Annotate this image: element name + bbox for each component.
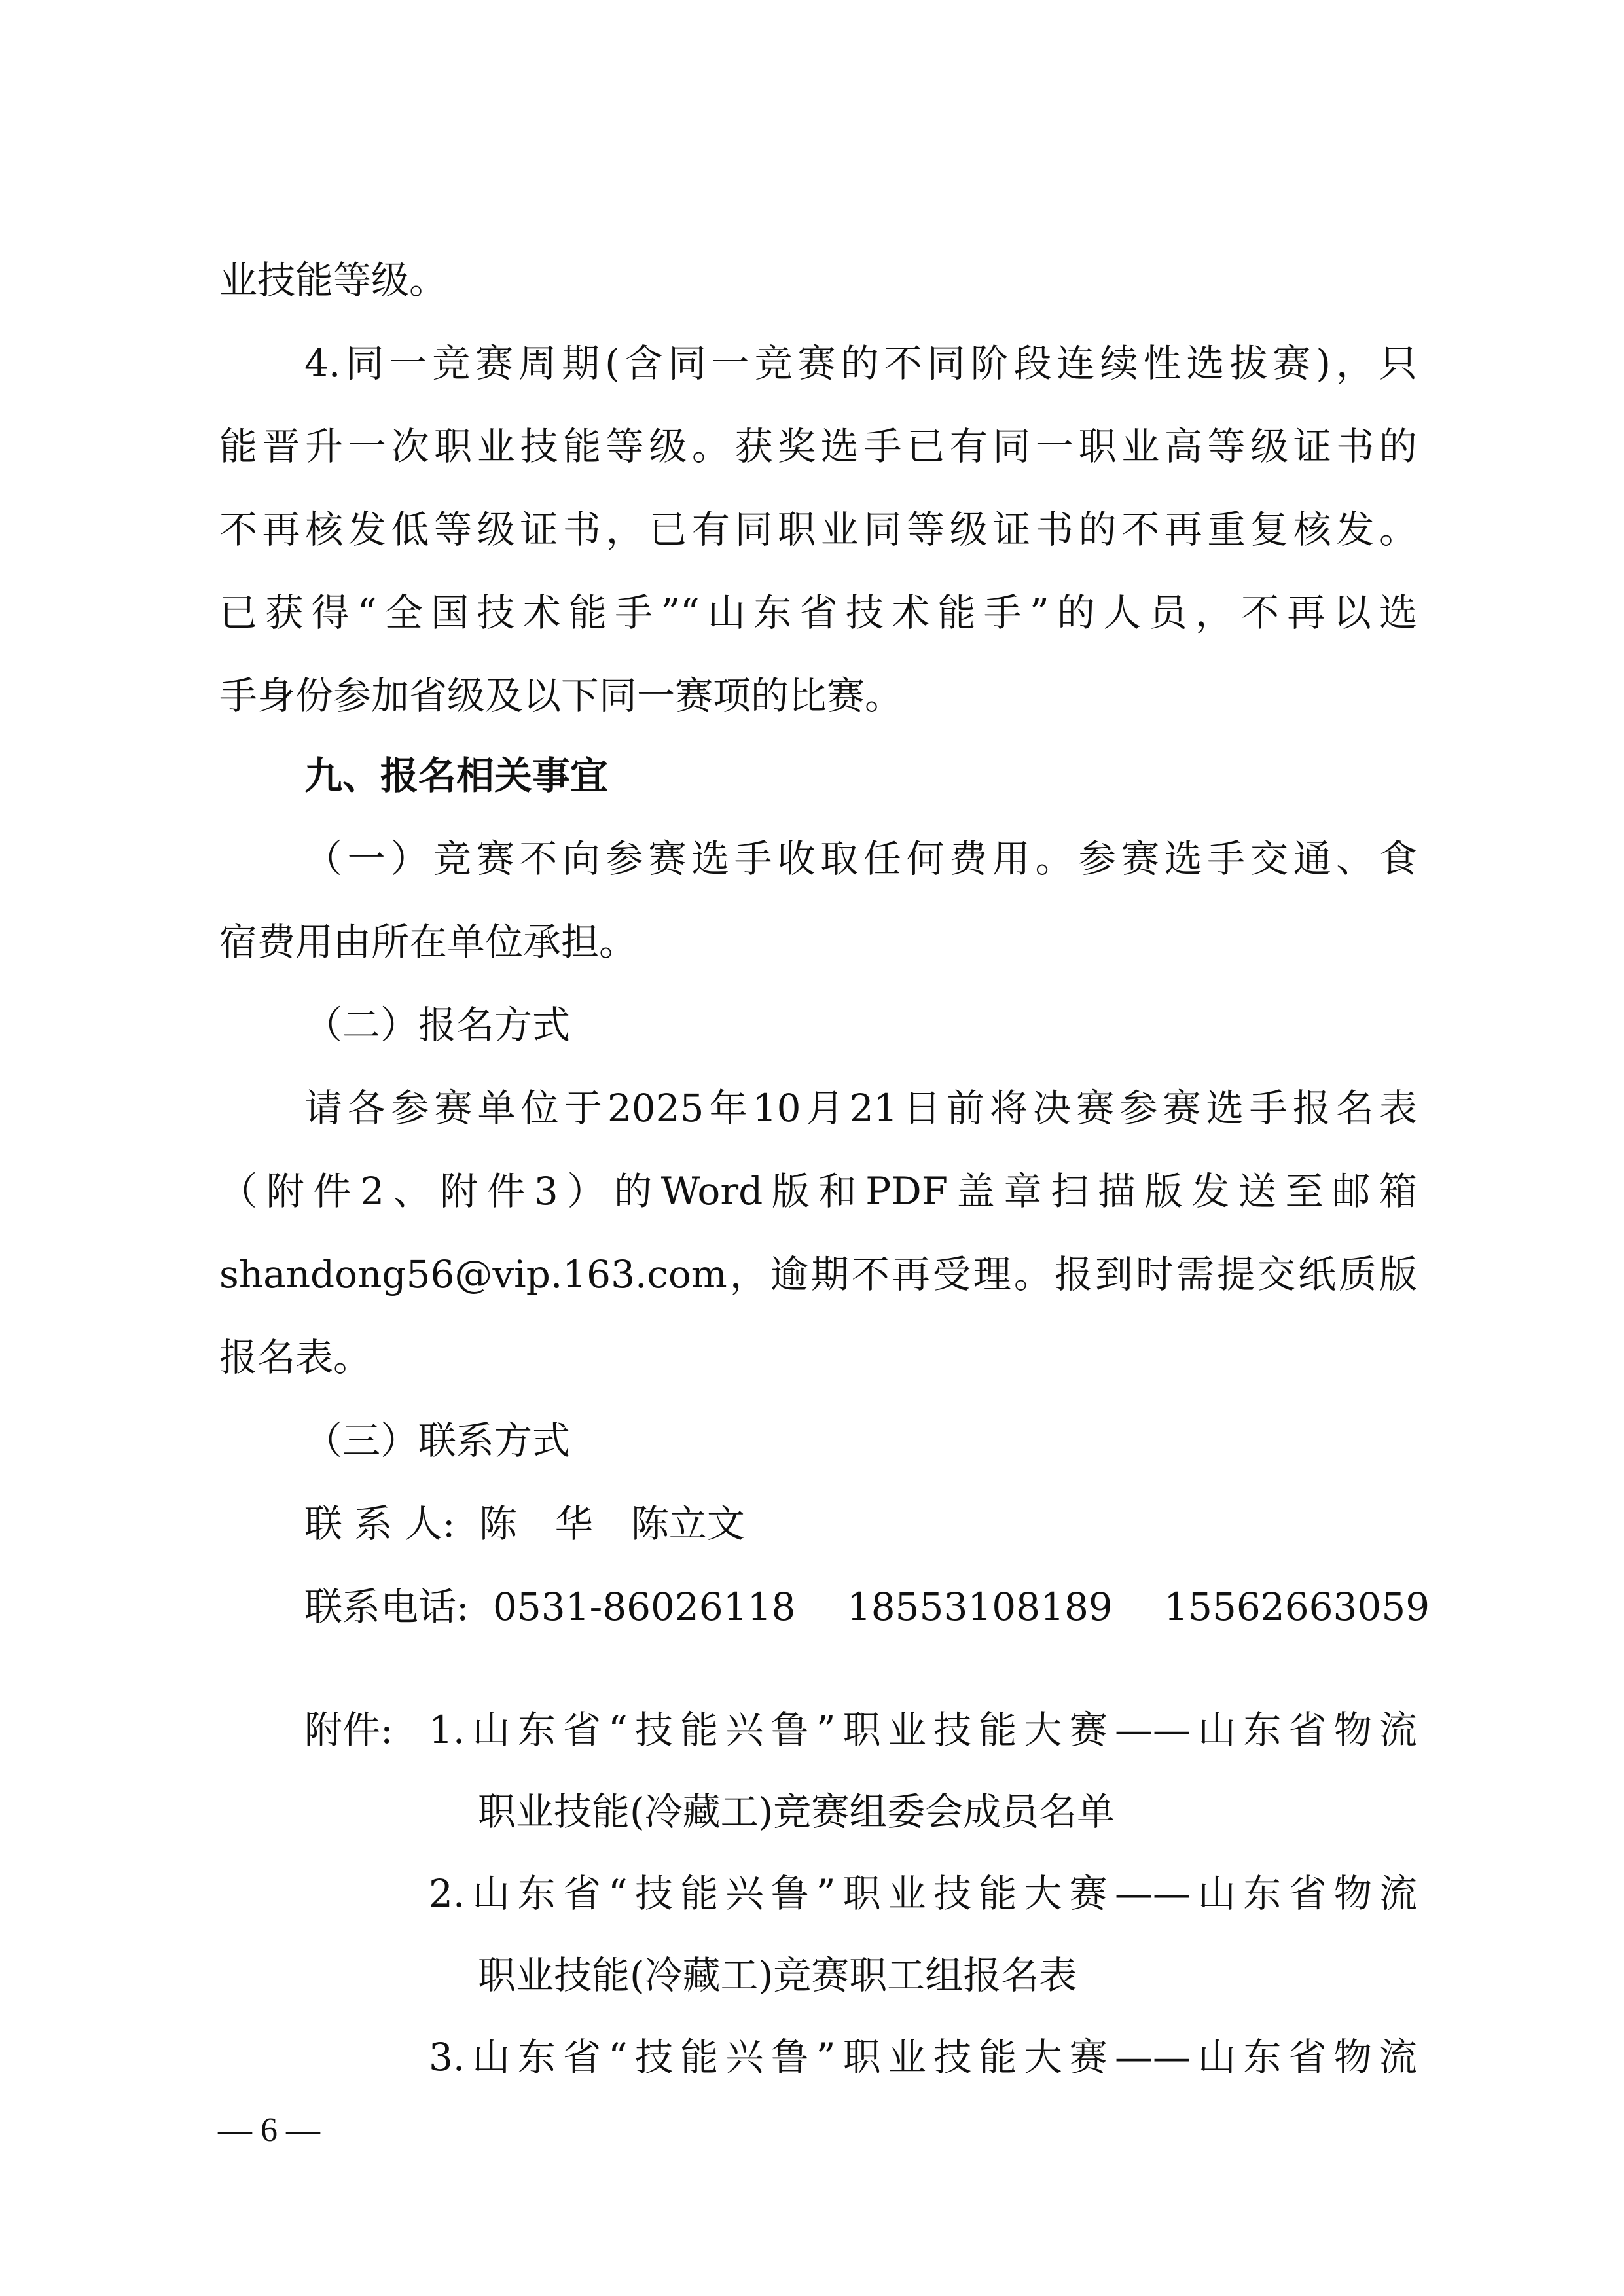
phone-number: 15562663059 — [1164, 1585, 1430, 1629]
paragraph-line: 不再核发低等级证书，已有同职业同等级证书的不再重复核发。 — [219, 497, 1417, 562]
attachment-item: 3.山东省“技能兴鲁”职业技能大赛——山东省物流 — [429, 2024, 1417, 2090]
attachment-title: 山东省“技能兴鲁”职业技能大赛——山东省物流 — [465, 2035, 1417, 2079]
subsection-heading: （二）报名方式 — [304, 992, 570, 1058]
subsection-heading: （三）联系方式 — [304, 1408, 570, 1473]
paragraph-line: 已获得“全国技术能手”“山东省技术能手”的人员，不再以选 — [219, 580, 1417, 645]
paragraph-line: 业技能等级。 — [219, 247, 447, 313]
attachment-title: 山东省“技能兴鲁”职业技能大赛——山东省物流 — [465, 1708, 1417, 1752]
contacts-value: 陈 华 陈立文 — [479, 1501, 745, 1546]
attachment-title-cont: 职业技能(冷藏工)竞赛职工组报名表 — [478, 1943, 1077, 2008]
email-line: shandong56@vip.163.com，逾期不再受理。报到时需提交纸质版 — [219, 1242, 1417, 1307]
contact-phones: 联系电话: 0531-86026118 18553108189 15562663… — [304, 1574, 1430, 1640]
contact-persons: 联 系 人: 陈 华 陈立文 — [304, 1491, 745, 1556]
paragraph-line: 请各参赛单位于2025年10月21日前将决赛参赛选手报名表 — [304, 1075, 1417, 1141]
attachment-number: 2. — [429, 1871, 465, 1916]
attachment-number: 1. — [429, 1708, 465, 1752]
phone-label: 联系电话: — [304, 1585, 469, 1629]
paragraph-line: 4.同一竞赛周期(含同一竞赛的不同阶段连续性选拔赛)，只 — [304, 331, 1417, 396]
attachment-number: 3. — [429, 2035, 465, 2079]
phone-number: 18553108189 — [847, 1585, 1113, 1629]
paragraph-line: 手身份参加省级及以下同一赛项的比赛。 — [219, 663, 903, 728]
paragraph-line: （附件2、附件3）的Word版和PDF盖章扫描版发送至邮箱 — [219, 1158, 1417, 1224]
paragraph-line: 报名表。 — [219, 1325, 371, 1390]
attachment-item: 1.山东省“技能兴鲁”职业技能大赛——山东省物流 — [429, 1697, 1417, 1763]
attachments-label: 附件: — [304, 1697, 393, 1763]
attachment-item: 2.山东省“技能兴鲁”职业技能大赛——山东省物流 — [429, 1861, 1417, 1926]
paragraph-line: （一）竞赛不向参赛选手收取任何费用。参赛选手交通、食 — [304, 826, 1417, 891]
contacts-label: 联 系 人: — [304, 1501, 455, 1546]
paragraph-line: 能晋升一次职业技能等级。获奖选手已有同一职业高等级证书的 — [219, 414, 1417, 479]
section-heading: 九、报名相关事宜 — [304, 743, 608, 808]
attachment-title-cont: 职业技能(冷藏工)竞赛组委会成员名单 — [478, 1779, 1115, 1844]
attachment-title: 山东省“技能兴鲁”职业技能大赛——山东省物流 — [465, 1871, 1417, 1916]
phone-number: 0531-86026118 — [493, 1585, 795, 1629]
page-number: — 6 — — [218, 2111, 320, 2150]
paragraph-line: 宿费用由所在单位承担。 — [219, 909, 637, 975]
